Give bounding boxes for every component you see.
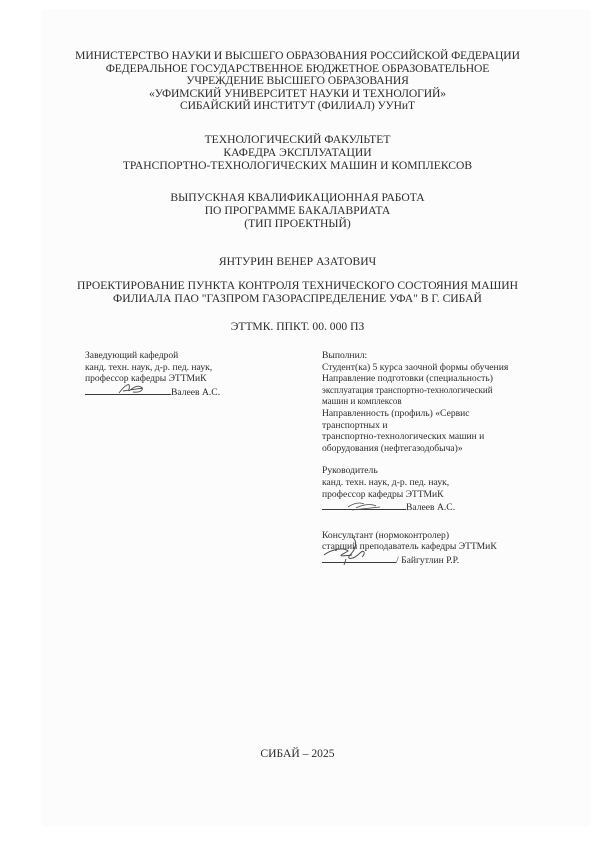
hod-signature-row: Валеев А.С. <box>85 385 220 399</box>
supervisor-degree: канд. техн. наук, д-р. пед. наук, <box>322 477 508 489</box>
document-code: ЭТТМК. ППКТ. 00. 000 ПЗ <box>0 320 595 333</box>
performer-line: Студент(ка) 5 курса заочной формы обучен… <box>322 362 508 374</box>
work-type-block: ВЫПУСКНАЯ КВАЛИФИКАЦИОННАЯ РАБОТА ПО ПРО… <box>0 192 595 230</box>
city-year-text: СИБАЙ – 2025 <box>0 747 595 760</box>
performer-line: оборудования (нефтегазодобыча)» <box>322 443 508 455</box>
performer-line: эксплуатация транспортно-технологический <box>322 385 508 397</box>
faculty-line: ТРАНСПОРТНО-ТЕХНОЛОГИЧЕСКИХ МАШИН И КОМП… <box>0 160 595 173</box>
performer-line: транспортно-технологических машин и <box>322 431 508 443</box>
signature-line <box>85 385 171 395</box>
hod-name: Валеев А.С. <box>171 387 220 398</box>
institution-header: МИНИСТЕРСТВО НАУКИ И ВЫСШЕГО ОБРАЗОВАНИЯ… <box>0 50 595 113</box>
signature-icon <box>85 381 171 397</box>
consultant-role: Консультант (нормоконтролер) <box>322 530 508 542</box>
faculty-line: КАФЕДРА ЭКСПЛУАТАЦИИ <box>0 147 595 160</box>
performer-label: Выполнил: <box>322 350 508 362</box>
performer-block: Выполнил: Студент(ка) 5 курса заочной фо… <box>322 350 508 567</box>
signature-icon <box>322 498 406 512</box>
header-line: СИБАЙСКИЙ ИНСТИТУТ (ФИЛИАЛ) УУНиТ <box>0 100 595 113</box>
signature-line <box>322 553 396 563</box>
signature-icon <box>322 543 396 565</box>
supervisor-name: Валеев А.С. <box>406 502 455 513</box>
work-type-line: ВЫПУСКНАЯ КВАЛИФИКАЦИОННАЯ РАБОТА <box>0 192 595 205</box>
header-line: УЧРЕЖДЕНИЕ ВЫСШЕГО ОБРАЗОВАНИЯ <box>0 75 595 88</box>
performer-line: машин и комплексов <box>322 396 508 408</box>
head-of-department-block: Заведующий кафедрой канд. техн. наук, д-… <box>85 350 220 398</box>
performer-line: транспортных и <box>322 420 508 432</box>
author-name-text: ЯНТУРИН ВЕНЕР АЗАТОВИЧ <box>0 255 595 268</box>
title-line: ПРОЕКТИРОВАНИЕ ПУНКТА КОНТРОЛЯ ТЕХНИЧЕСК… <box>0 280 595 293</box>
supervisor-role: Руководитель <box>322 465 508 477</box>
title-line: ФИЛИАЛА ПАО "ГАЗПРОМ ГАЗОРАСПРЕДЕЛЕНИЕ У… <box>0 293 595 306</box>
work-type-line: ПО ПРОГРАММЕ БАКАЛАВРИАТА <box>0 205 595 218</box>
thesis-title: ПРОЕКТИРОВАНИЕ ПУНКТА КОНТРОЛЯ ТЕХНИЧЕСК… <box>0 280 595 306</box>
supervisor-signature-row: Валеев А.С. <box>322 500 508 514</box>
consultant-name: / Байгутлин Р.Р. <box>396 555 459 566</box>
faculty-line: ТЕХНОЛОГИЧЕСКИЙ ФАКУЛЬТЕТ <box>0 134 595 147</box>
performer-line: Направленность (профиль) «Сервис <box>322 408 508 420</box>
consultant-signature-row: / Байгутлин Р.Р. <box>322 553 508 567</box>
signature-line <box>322 500 406 510</box>
city-year: СИБАЙ – 2025 <box>0 747 595 760</box>
document-code-text: ЭТТМК. ППКТ. 00. 000 ПЗ <box>0 320 595 333</box>
hod-role: Заведующий кафедрой <box>85 350 220 362</box>
faculty-block: ТЕХНОЛОГИЧЕСКИЙ ФАКУЛЬТЕТ КАФЕДРА ЭКСПЛУ… <box>0 134 595 172</box>
work-type-line: (ТИП ПРОЕКТНЫЙ) <box>0 218 595 231</box>
author-name: ЯНТУРИН ВЕНЕР АЗАТОВИЧ <box>0 255 595 268</box>
performer-line: Направление подготовки (специальность) <box>322 373 508 385</box>
header-line: МИНИСТЕРСТВО НАУКИ И ВЫСШЕГО ОБРАЗОВАНИЯ… <box>0 50 595 63</box>
hod-degree: канд. техн. наук, д-р. пед. наук, <box>85 362 220 374</box>
